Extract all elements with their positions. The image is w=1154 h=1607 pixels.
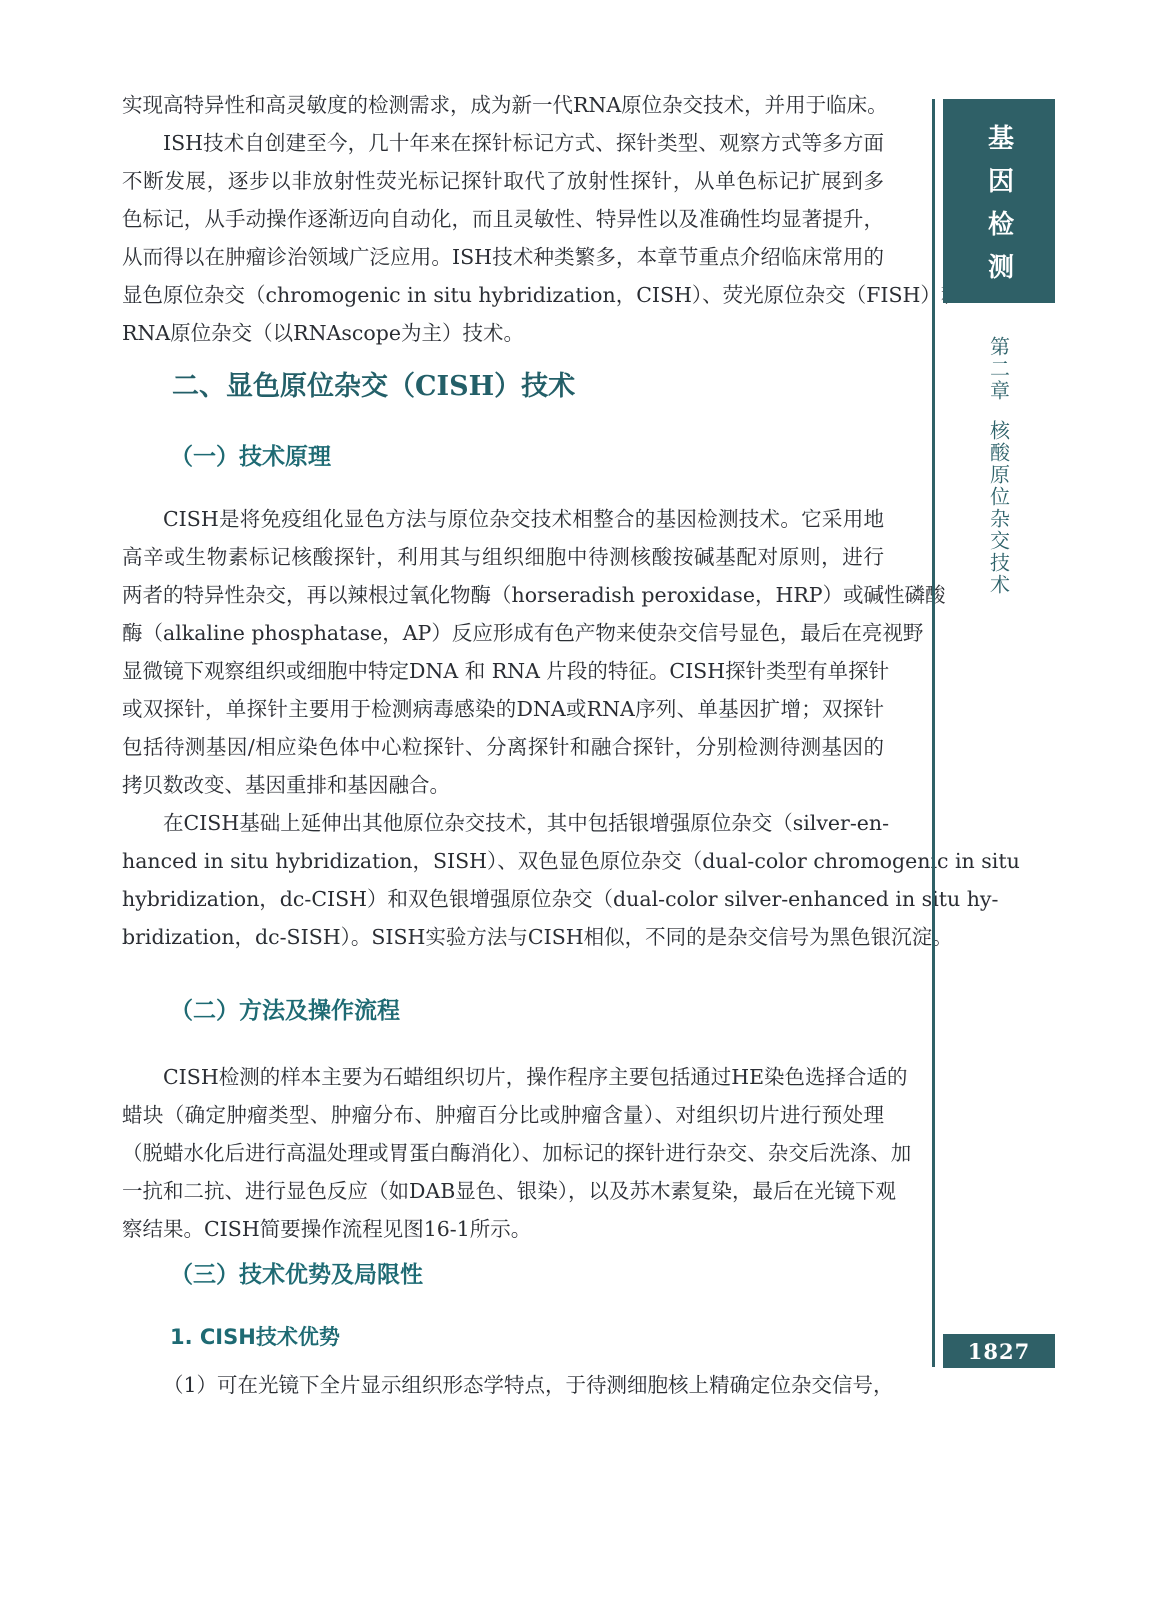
text-line: 一抗和二抗、进行显色反应（如DAB显色、银染），以及苏木素复染，最后在光镜下观 [122,1172,884,1210]
text-line: 蜡块（确定肿瘤类型、肿瘤分布、肿瘤百分比或肿瘤含量）、对组织切片进行预处理 [122,1096,884,1134]
paragraph-cish-derivatives: 在CISH基础上延伸出其他原位杂交技术，其中包括银增强原位杂交（silver-e… [122,804,884,956]
sidebar-tab-label: 基因检测 [981,107,1018,296]
sidebar-vertical-rule [932,99,935,1367]
text-line: hanced in situ hybridization，SISH）、双色显色原… [122,842,884,880]
text-line: ISH技术自创建至今，几十年来在探针标记方式、探针类型、观察方式等多方面 [122,124,884,162]
text-line: CISH检测的样本主要为石蜡组织切片，操作程序主要包括通过HE染色选择合适的 [122,1058,884,1096]
sidebar-chapter-heading: 第二章核酸原位杂交技术 [943,336,1055,596]
text-line: RNA原位杂交（以RNAscope为主）技术。 [122,314,884,352]
text-line: 从而得以在肿瘤诊治领域广泛应用。ISH技术种类繁多，本章节重点介绍临床常用的 [122,238,884,276]
subsection-heading-method: （二）方法及操作流程 [170,994,884,1028]
main-text-column: 实现高特异性和高灵敏度的检测需求，成为新一代RNA原位杂交技术，并用于临床。 I… [122,86,884,1404]
text-line: CISH是将免疫组化显色方法与原位杂交技术相整合的基因检测技术。它采用地 [122,500,884,538]
paragraph-ish-history: ISH技术自创建至今，几十年来在探针标记方式、探针类型、观察方式等多方面 不断发… [122,124,884,352]
paragraph-intro-continuation: 实现高特异性和高灵敏度的检测需求，成为新一代RNA原位杂交技术，并用于临床。 [122,86,884,124]
chapter-number: 第二章 [987,336,1011,402]
page-number: 1827 [968,1339,1030,1364]
page-number-badge: 1827 [943,1334,1055,1368]
chapter-title: 核酸原位杂交技术 [985,420,1014,596]
text-line: （脱蜡水化后进行高温处理或胃蛋白酶消化）、加标记的探针进行杂交、杂交后洗涤、加 [122,1134,884,1172]
text-line: 色标记，从手动操作逐渐迈向自动化，而且灵敏性、特异性以及准确性均显著提升， [122,200,884,238]
paragraph-advantage-1: （1）可在光镜下全片显示组织形态学特点，于待测细胞核上精确定位杂交信号， [122,1366,884,1404]
text-line: 包括待测基因/相应染色体中心粒探针、分离探针和融合探针，分别检测待测基因的 [122,728,884,766]
book-page: 实现高特异性和高灵敏度的检测需求，成为新一代RNA原位杂交技术，并用于临床。 I… [0,0,1154,1607]
text-line: 拷贝数改变、基因重排和基因融合。 [122,766,884,804]
text-line: （1）可在光镜下全片显示组织形态学特点，于待测细胞核上精确定位杂交信号， [122,1366,884,1404]
text-line: 显微镜下观察组织或细胞中特定DNA 和 RNA 片段的特征。CISH探针类型有单… [122,652,884,690]
text-line: 两者的特异性杂交，再以辣根过氧化物酶（horseradish peroxidas… [122,576,884,614]
subsection-heading-principle: （一）技术原理 [170,440,884,474]
sidebar-tab-gene-detection: 基因检测 [943,99,1055,303]
text-line: 实现高特异性和高灵敏度的检测需求，成为新一代RNA原位杂交技术，并用于临床。 [122,86,884,124]
section-heading-cish: 二、显色原位杂交（CISH）技术 [172,366,884,408]
text-line: 不断发展，逐步以非放射性荧光标记探针取代了放射性探针，从单色标记扩展到多 [122,162,884,200]
text-line: 酶（alkaline phosphatase，AP）反应形成有色产物来使杂交信号… [122,614,884,652]
text-line: 察结果。CISH简要操作流程见图16-1所示。 [122,1210,884,1248]
text-line: 显色原位杂交（chromogenic in situ hybridization… [122,276,884,314]
subheading-cish-advantages: 1. CISH技术优势 [170,1322,884,1352]
paragraph-cish-principle: CISH是将免疫组化显色方法与原位杂交技术相整合的基因检测技术。它采用地 高辛或… [122,500,884,804]
text-line: 高辛或生物素标记核酸探针，利用其与组织细胞中待测核酸按碱基配对原则，进行 [122,538,884,576]
text-line: 在CISH基础上延伸出其他原位杂交技术，其中包括银增强原位杂交（silver-e… [122,804,884,842]
text-line: hybridization，dc-CISH）和双色银增强原位杂交（dual-co… [122,880,884,918]
subsection-heading-pros-cons: （三）技术优势及局限性 [170,1258,884,1292]
sidebar-chapter-text: 第二章核酸原位杂交技术 [985,336,1014,596]
text-line: 或双探针，单探针主要用于检测病毒感染的DNA或RNA序列、单基因扩增；双探针 [122,690,884,728]
text-line: bridization，dc-SISH）。SISH实验方法与CISH相似，不同的… [122,918,884,956]
paragraph-cish-workflow: CISH检测的样本主要为石蜡组织切片，操作程序主要包括通过HE染色选择合适的 蜡… [122,1058,884,1248]
